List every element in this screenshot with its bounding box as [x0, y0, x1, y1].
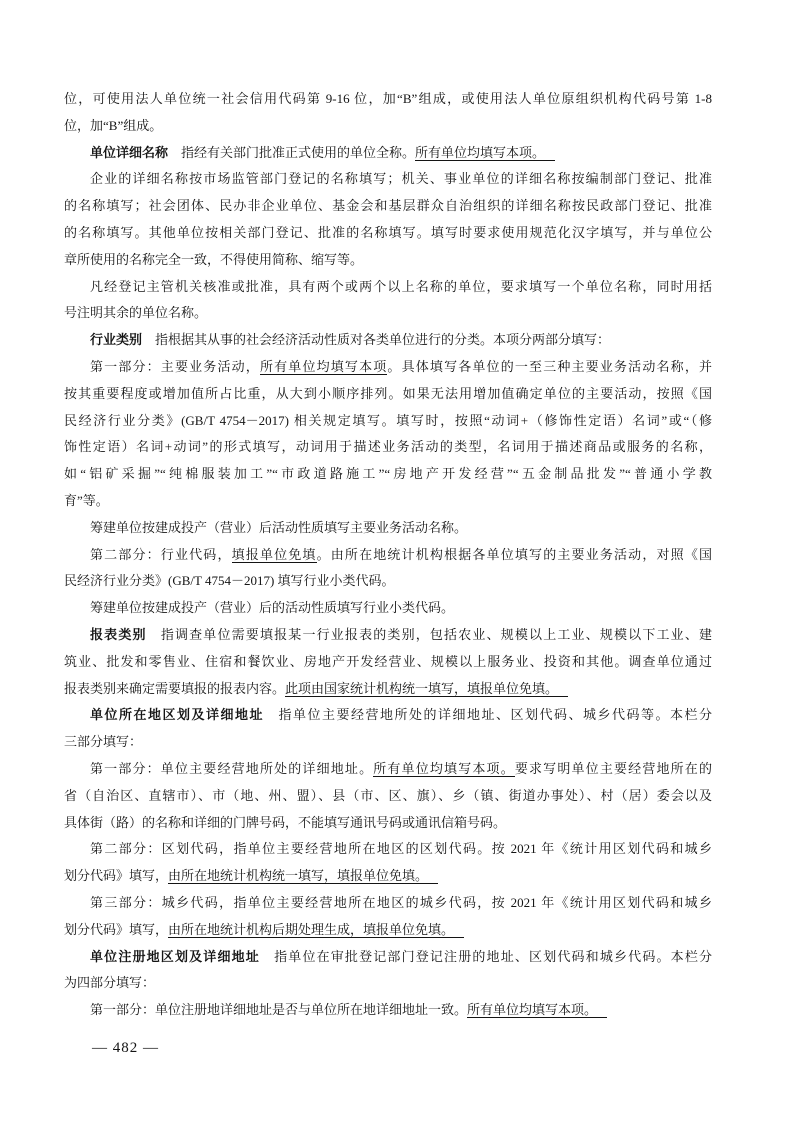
text-line: 省（自治区、直辖市）、市（地、州、盟）、县（市、区、旗）、乡（镇、街道办事处）、…: [64, 783, 712, 810]
text-line: 筑业、批发和零售业、住宿和餐饮业、房地产开发经营业、规模以上服务业、投资和其他。…: [64, 649, 712, 676]
text-line: 筹建单位按建成投产（营业）后活动性质填写主要业务活动名称。: [64, 515, 712, 542]
body-text: 第二部分：区划代码，指单位主要经营地所在地区的区划代码。按 2021 年《统计用…: [90, 841, 712, 856]
text-line: 民经济行业分类》(GB/T 4754－2017) 相关规定填写。填写时，按照“动…: [64, 408, 712, 435]
body-text: 省（自治区、直辖市）、市（地、州、盟）、县（市、区、旗）、乡（镇、街道办事处）、…: [64, 788, 712, 803]
text-line: 为四部分填写：: [64, 970, 712, 997]
body-text: 划分代码》填写，: [64, 868, 168, 883]
text-line: 的名称填写。其他单位按相关部门登记、批准的名称填写。填写时要求使用规范化汉字填写…: [64, 220, 712, 247]
underlined-text: 所有单位均填写本项。: [373, 761, 515, 777]
text-line: 单位详细名称 指经有关部门批准正式使用的单位全称。所有单位均填写本项。: [64, 140, 712, 167]
body-text: 位，加“B”组成。: [64, 118, 162, 133]
body-text: 第一部分：主要业务活动，: [90, 359, 260, 374]
document-page: 位，可使用法人单位统一社会信用代码第 9-16 位，加“B”组成，或使用法人单位…: [0, 0, 793, 1122]
document-body: 位，可使用法人单位统一社会信用代码第 9-16 位，加“B”组成，或使用法人单位…: [64, 86, 712, 1024]
body-text: 具体街（路）的名称和详细的门牌号码，不能填写通讯号码或通讯信箱号码。: [64, 815, 506, 830]
body-text: 育”等。: [64, 493, 109, 508]
body-text: 指经有关部门批准正式使用的单位全称。: [168, 145, 415, 160]
text-line: 位，加“B”组成。: [64, 113, 712, 140]
text-line: 单位所在地区划及详细地址 指单位主要经营地所处的详细地址、区划代码、城乡代码等。…: [64, 702, 712, 729]
underlined-text: 所有单位均填写本项。: [415, 145, 555, 161]
inline-heading: 行业类别: [90, 332, 142, 347]
text-line: 划分代码》填写，由所在地统计机构后期处理生成，填报单位免填。: [64, 917, 712, 944]
body-text: 章所使用的名称完全一致，不得使用简称、缩写等。: [64, 252, 363, 267]
underlined-text: 所有单位均填写本项: [260, 359, 387, 375]
body-text: 如“铝矿采掘”“纯棉服装加工”“市政道路施工”“房地产开发经营”“五金制品批发”…: [64, 466, 712, 481]
text-line: 第一部分：主要业务活动，所有单位均填写本项。具体填写各单位的一至三种主要业务活动…: [64, 354, 712, 381]
body-text: 报表类别来确定需要填报的报表内容。: [64, 681, 285, 696]
underlined-text: 所有单位均填写本项。: [467, 1002, 607, 1018]
underlined-text: 由所在地统计机构后期处理生成，填报单位免填。: [168, 922, 464, 938]
text-line: 民经济行业分类》(GB/T 4754－2017) 填写行业小类代码。: [64, 568, 712, 595]
text-line: 报表类别 指调查单位需要填报某一行业报表的类别，包括农业、规模以上工业、规模以下…: [64, 622, 712, 649]
body-text: 。由所在地统计机构根据各单位填写的主要业务活动，对照《国: [317, 547, 712, 562]
text-line: 具体街（路）的名称和详细的门牌号码，不能填写通讯号码或通讯信箱号码。: [64, 810, 712, 837]
text-line: 如“铝矿采掘”“纯棉服装加工”“市政道路施工”“房地产开发经营”“五金制品批发”…: [64, 461, 712, 488]
body-text: 指单位主要经营地所处的详细地址、区划代码、城乡代码等。本栏分: [264, 707, 712, 722]
text-line: 饰性定语）名词+动词”的形式填写，动词用于描述业务活动的类型，名词用于描述商品或…: [64, 434, 712, 461]
text-line: 育”等。: [64, 488, 712, 515]
text-line: 号注明其余的单位名称。: [64, 300, 712, 327]
text-line: 按其重要程度或增加值所占比重，从大到小顺序排列。如果无法用增加值确定单位的主要活…: [64, 381, 712, 408]
body-text: 饰性定语）名词+动词”的形式填写，动词用于描述业务活动的类型，名词用于描述商品或…: [64, 439, 712, 454]
text-line: 第三部分：城乡代码，指单位主要经营地所在地区的城乡代码，按 2021 年《统计用…: [64, 890, 712, 917]
inline-heading: 单位详细名称: [90, 145, 168, 160]
body-text: 指根据其从事的社会经济活动性质对各类单位进行的分类。本项分两部分填写：: [142, 332, 610, 347]
body-text: 按其重要程度或增加值所占比重，从大到小顺序排列。如果无法用增加值确定单位的主要活…: [64, 386, 712, 401]
body-text: 三部分填写：: [64, 734, 142, 749]
underlined-text: 填报单位免填: [232, 547, 317, 563]
text-line: 第一部分：单位注册地详细地址是否与单位所在地详细地址一致。所有单位均填写本项。: [64, 997, 712, 1024]
body-text: 凡经登记主管机关核准或批准，具有两个或两个以上名称的单位，要求填写一个单位名称，…: [90, 279, 712, 294]
text-line: 单位注册地区划及详细地址 指单位在审批登记部门登记注册的地址、区划代码和城乡代码…: [64, 944, 712, 971]
text-line: 的名称填写；社会团体、民办非企业单位、基金会和基层群众自治组织的详细名称按民政部…: [64, 193, 712, 220]
inline-heading: 单位注册地区划及详细地址: [90, 949, 260, 964]
body-text: 为四部分填写：: [64, 975, 155, 990]
text-line: 行业类别 指根据其从事的社会经济活动性质对各类单位进行的分类。本项分两部分填写：: [64, 327, 712, 354]
text-line: 第二部分：行业代码，填报单位免填。由所在地统计机构根据各单位填写的主要业务活动，…: [64, 542, 712, 569]
text-line: 报表类别来确定需要填报的报表内容。此项由国家统计机构统一填写，填报单位免填。: [64, 676, 712, 703]
body-text: 划分代码》填写，: [64, 922, 168, 937]
inline-heading: 单位所在地区划及详细地址: [90, 707, 264, 722]
text-line: 企业的详细名称按市场监管部门登记的名称填写；机关、事业单位的详细名称按编制部门登…: [64, 166, 712, 193]
inline-heading: 报表类别: [90, 627, 147, 642]
body-text: 第三部分：城乡代码，指单位主要经营地所在地区的城乡代码，按 2021 年《统计用…: [90, 895, 712, 910]
underlined-text: 由所在地统计机构统一填写，填报单位免填。: [168, 868, 438, 884]
body-text: 第一部分：单位注册地详细地址是否与单位所在地详细地址一致。: [90, 1002, 467, 1017]
text-line: 凡经登记主管机关核准或批准，具有两个或两个以上名称的单位，要求填写一个单位名称，…: [64, 274, 712, 301]
body-text: 第二部分：行业代码，: [90, 547, 232, 562]
body-text: 筑业、批发和零售业、住宿和餐饮业、房地产开发经营业、规模以上服务业、投资和其他。…: [64, 654, 712, 669]
text-line: 三部分填写：: [64, 729, 712, 756]
body-text: 企业的详细名称按市场监管部门登记的名称填写；机关、事业单位的详细名称按编制部门登…: [90, 171, 712, 186]
body-text: 号注明其余的单位名称。: [64, 305, 207, 320]
text-line: 位，可使用法人单位统一社会信用代码第 9-16 位，加“B”组成，或使用法人单位…: [64, 86, 712, 113]
body-text: 第一部分：单位主要经营地所处的详细地址。: [90, 761, 373, 776]
body-text: 。具体填写各单位的一至三种主要业务活动名称，并: [387, 359, 712, 374]
body-text: 民经济行业分类》(GB/T 4754－2017) 填写行业小类代码。: [64, 573, 395, 588]
body-text: 筹建单位按建成投产（营业）后的活动性质填写行业小类代码。: [90, 600, 454, 615]
text-line: 章所使用的名称完全一致，不得使用简称、缩写等。: [64, 247, 712, 274]
text-line: 第一部分：单位主要经营地所处的详细地址。所有单位均填写本项。要求写明单位主要经营…: [64, 756, 712, 783]
body-text: 筹建单位按建成投产（营业）后活动性质填写主要业务活动名称。: [90, 520, 467, 535]
underlined-text: 此项由国家统计机构统一填写，填报单位免填。: [285, 681, 568, 697]
body-text: 位，可使用法人单位统一社会信用代码第 9-16 位，加“B”组成，或使用法人单位…: [64, 91, 712, 106]
text-line: 第二部分：区划代码，指单位主要经营地所在地区的区划代码。按 2021 年《统计用…: [64, 836, 712, 863]
text-line: 筹建单位按建成投产（营业）后的活动性质填写行业小类代码。: [64, 595, 712, 622]
text-line: 划分代码》填写，由所在地统计机构统一填写，填报单位免填。: [64, 863, 712, 890]
body-text: 要求写明单位主要经营地所在的: [515, 761, 712, 776]
body-text: 民经济行业分类》(GB/T 4754－2017) 相关规定填写。填写时，按照“动…: [64, 413, 712, 428]
page-number: — 482 —: [92, 1036, 159, 1060]
body-text: 指单位在审批登记部门登记注册的地址、区划代码和城乡代码。本栏分: [260, 949, 712, 964]
body-text: 指调查单位需要填报某一行业报表的类别，包括农业、规模以上工业、规模以下工业、建: [147, 627, 712, 642]
body-text: 的名称填写；社会团体、民办非企业单位、基金会和基层群众自治组织的详细名称按民政部…: [64, 198, 712, 213]
body-text: 的名称填写。其他单位按相关部门登记、批准的名称填写。填写时要求使用规范化汉字填写…: [64, 225, 712, 240]
